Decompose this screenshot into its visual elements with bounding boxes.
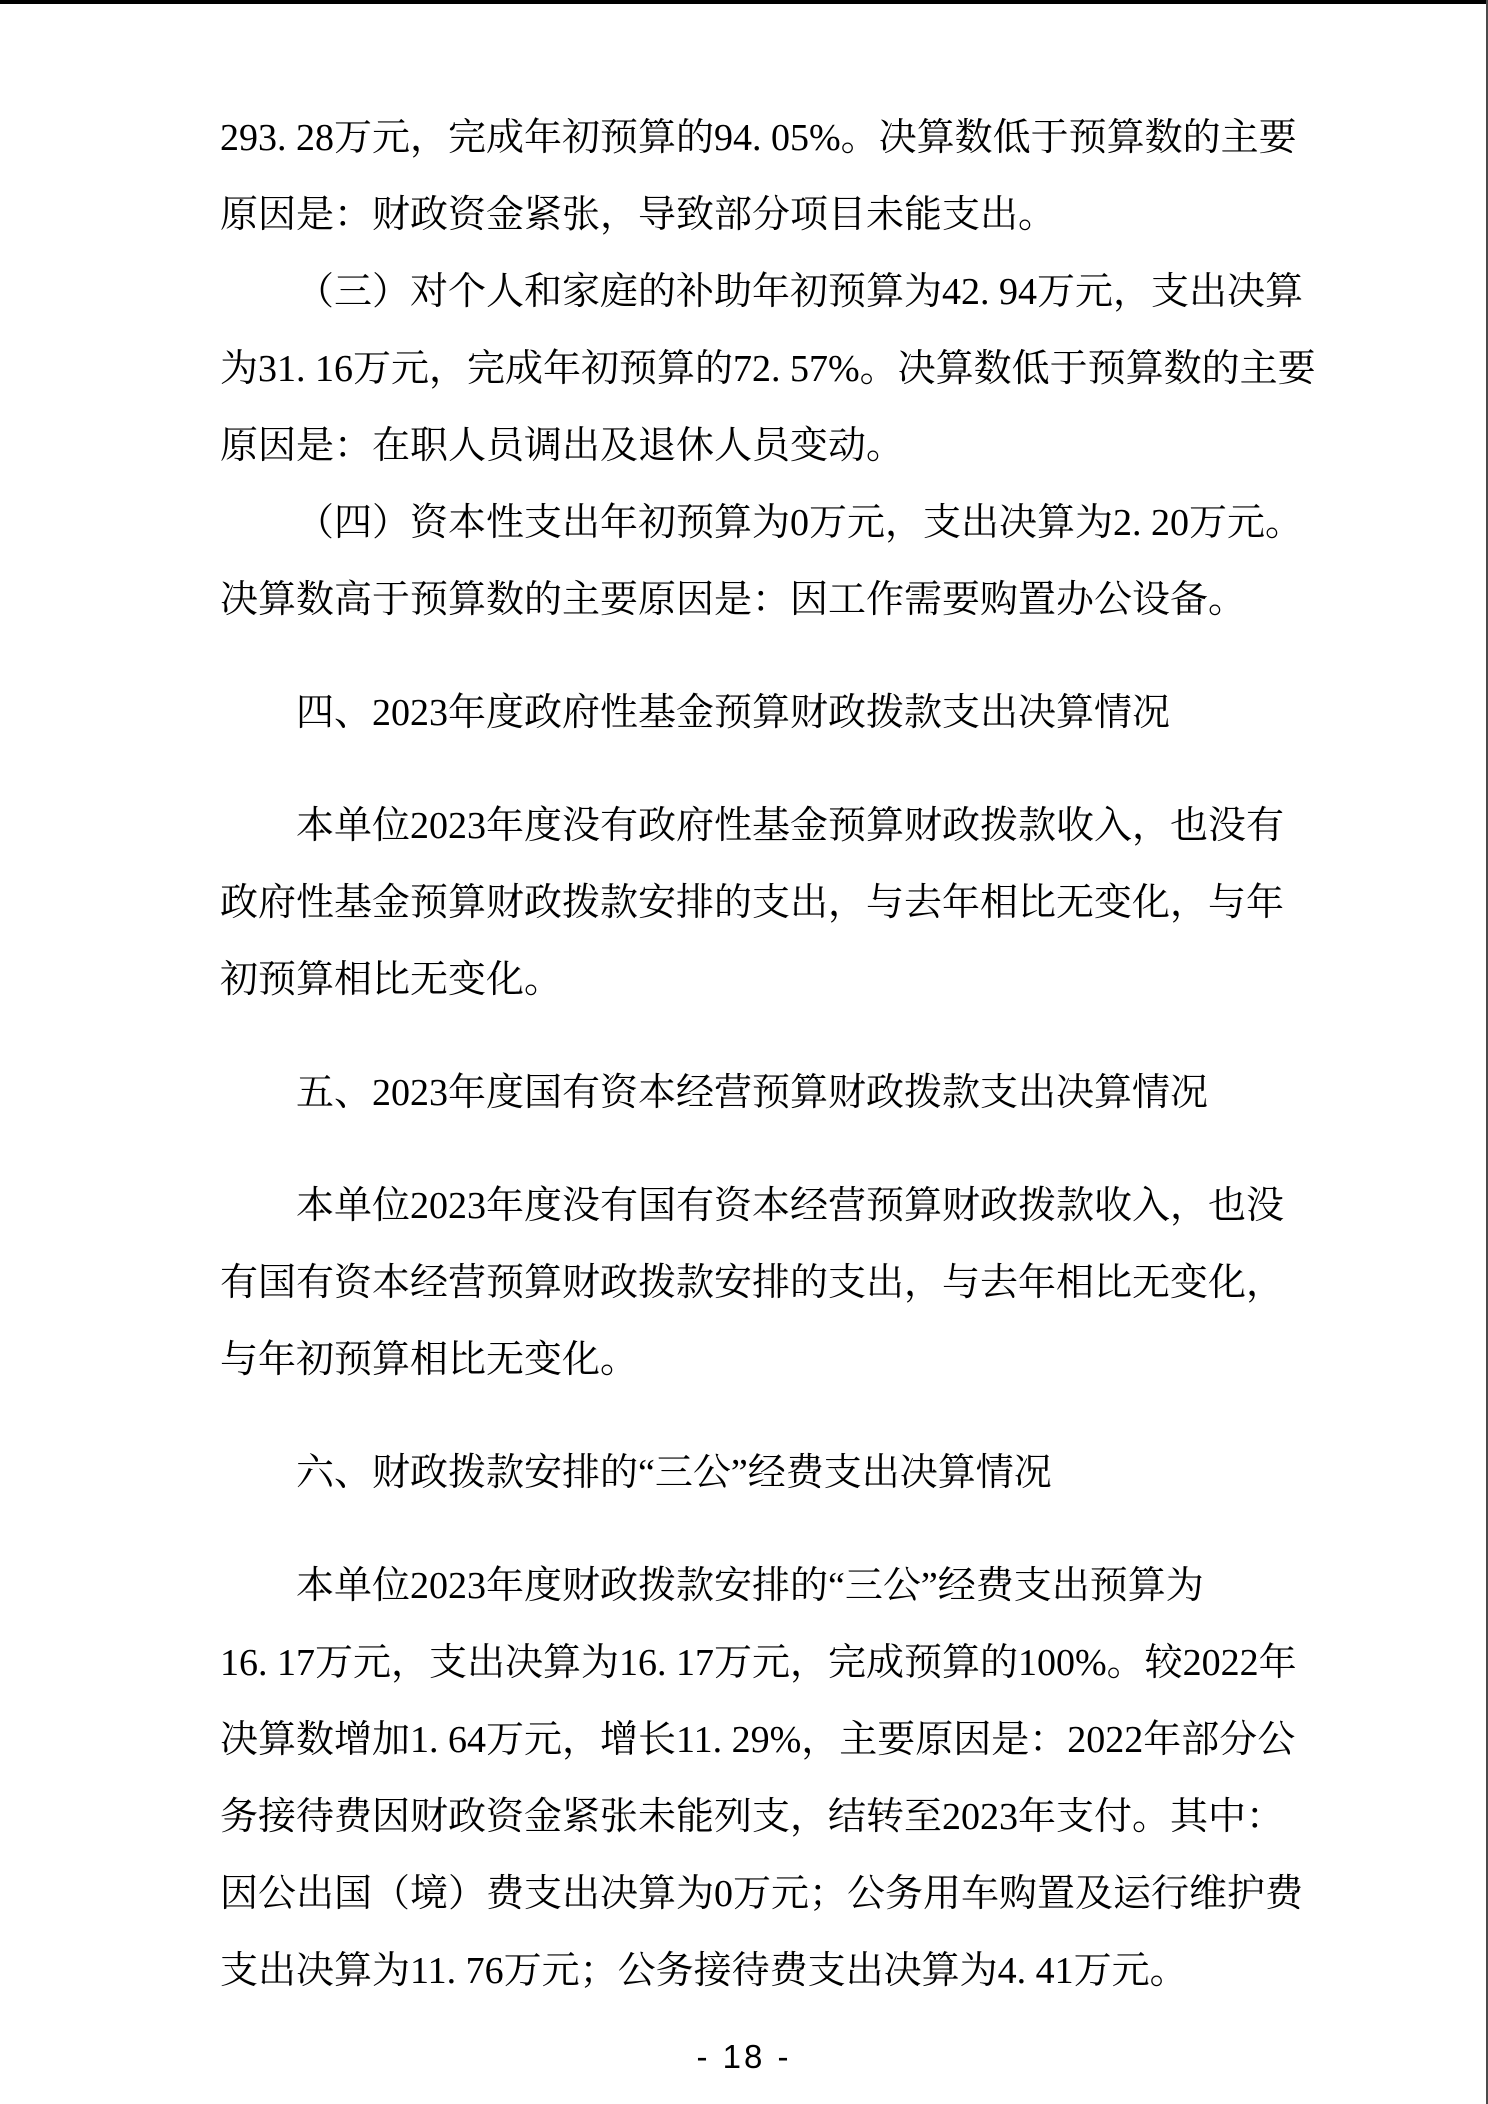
text-line: 有国有资本经营预算财政拨款安排的支出，与去年相比无变化， [220,1245,1330,1322]
text-line: 293. 28万元，完成年初预算的94. 05%。决算数低于预算数的主要 [220,100,1330,177]
text-line: 政府性基金预算财政拨款安排的支出，与去年相比无变化，与年 [220,865,1330,942]
text-line: 原因是：在职人员调出及退休人员变动。 [220,408,1330,485]
text-line: 本单位2023年度没有政府性基金预算财政拨款收入，也没有 [220,788,1330,865]
text-line: 务接待费因财政资金紧张未能列支，结转至2023年支付。其中： [220,1779,1330,1856]
text-line: 因公出国（境）费支出决算为0万元；公务用车购置及运行维护费 [220,1856,1330,1933]
text-line: （三）对个人和家庭的补助年初预算为42. 94万元，支出决算 [220,254,1330,331]
section-heading: 四、2023年度政府性基金预算财政拨款支出决算情况 [220,675,1330,752]
text-line: 本单位2023年度财政拨款安排的“三公”经费支出预算为 [220,1548,1330,1625]
scan-border-top [0,0,1488,4]
text-line: 与年初预算相比无变化。 [220,1322,1330,1399]
text-line: 决算数高于预算数的主要原因是：因工作需要购置办公设备。 [220,562,1330,639]
text-line: （四）资本性支出年初预算为0万元，支出决算为2. 20万元。 [220,485,1330,562]
text-line: 初预算相比无变化。 [220,942,1330,1019]
document-body: 293. 28万元，完成年初预算的94. 05%。决算数低于预算数的主要原因是：… [220,100,1330,2010]
text-line: 16. 17万元，支出决算为16. 17万元，完成预算的100%。较2022年 [220,1625,1330,1702]
text-line: 原因是：财政资金紧张，导致部分项目未能支出。 [220,177,1330,254]
document-page: 293. 28万元，完成年初预算的94. 05%。决算数低于预算数的主要原因是：… [0,0,1488,2104]
text-line: 本单位2023年度没有国有资本经营预算财政拨款收入，也没 [220,1168,1330,1245]
text-line: 为31. 16万元，完成年初预算的72. 57%。决算数低于预算数的主要 [220,331,1330,408]
text-line: 支出决算为11. 76万元；公务接待费支出决算为4. 41万元。 [220,1933,1330,2010]
section-heading: 六、财政拨款安排的“三公”经费支出决算情况 [220,1435,1330,1512]
section-heading: 五、2023年度国有资本经营预算财政拨款支出决算情况 [220,1055,1330,1132]
page-number: - 18 - [0,2038,1488,2076]
text-line: 决算数增加1. 64万元，增长11. 29%，主要原因是：2022年部分公 [220,1702,1330,1779]
